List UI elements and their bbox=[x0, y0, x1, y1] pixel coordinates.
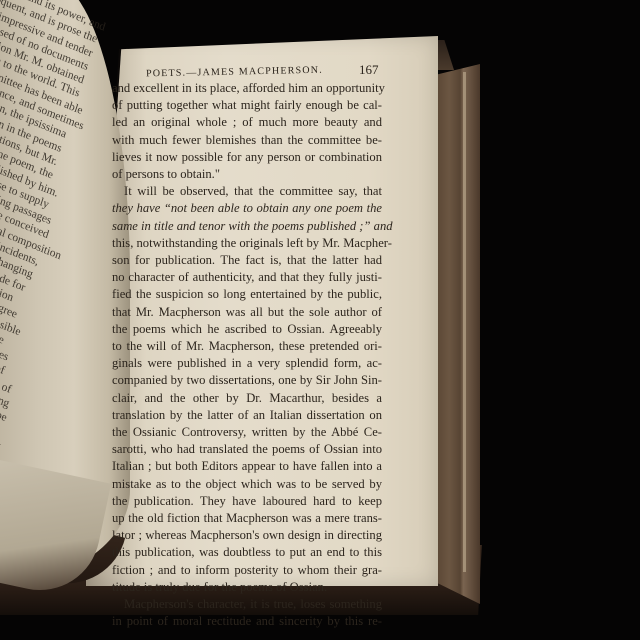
text-line: clair, and the other by Dr. Macarthur, b… bbox=[112, 390, 382, 407]
text-line: led an original whole ; of much more bea… bbox=[112, 114, 382, 131]
text-line: fied the suspicion so long entertained b… bbox=[112, 286, 382, 303]
book-photo: clement, and its power, and eloquent, an… bbox=[0, 0, 640, 640]
text-line: to the will of Mr. Macpherson, these pre… bbox=[112, 338, 382, 355]
page-edges bbox=[436, 64, 480, 604]
text-line: no character of authenticity, and that t… bbox=[112, 269, 382, 286]
text-line: this, notwithstanding the originals left… bbox=[112, 235, 382, 252]
text-line-italic: they have “not been able to obtain any o… bbox=[112, 200, 382, 217]
text-line: the Ossianic Controversy, written by the… bbox=[112, 424, 382, 441]
text-line: companied by two dissertations, one by S… bbox=[112, 372, 382, 389]
text-line: the poems which he ascribed to Ossian. A… bbox=[112, 321, 382, 338]
text-line: fiction ; and to inform posterity to who… bbox=[112, 562, 382, 579]
text-line: with much fewer blemishes than the commi… bbox=[112, 132, 382, 149]
text-line: this publication, was doubtless to put a… bbox=[112, 544, 382, 561]
text-line: Italian ; but both Editors appear to hav… bbox=[112, 458, 382, 475]
text-line: that Mr. Macpherson was all but the sole… bbox=[112, 304, 382, 321]
text-line: the publication. They have laboured hard… bbox=[112, 493, 382, 510]
text-line: titude is truly due for the poems of Oss… bbox=[112, 579, 382, 596]
text-line: translation by the latter of an Italian … bbox=[112, 407, 382, 424]
text-line: lieves it now possible for any person or… bbox=[112, 149, 382, 166]
text-line: lator ; whereas Macpherson's own design … bbox=[112, 527, 382, 544]
page-number: 167 bbox=[359, 62, 379, 78]
text-line: of putting together what might fairly en… bbox=[112, 97, 382, 114]
page-edges-highlight bbox=[463, 72, 466, 572]
text-line: and excellent in its place, afforded him… bbox=[112, 80, 382, 97]
text-line-italic: same in title and tenor with the poems p… bbox=[112, 218, 382, 235]
text-line: ginals were published in a very splendid… bbox=[112, 355, 382, 372]
text-line: in point of moral rectitude and sincerit… bbox=[112, 613, 382, 630]
left-page-text: clement, and its power, and eloquent, an… bbox=[0, 0, 103, 441]
text-line: sarotti, who had translated the poems of… bbox=[112, 441, 382, 458]
text-line: It will be observed, that the committee … bbox=[112, 183, 382, 200]
text-line: of persons to obtain." bbox=[112, 166, 382, 183]
text-line: Macpherson's character, it is true, lose… bbox=[112, 596, 382, 613]
text-line: up the old fiction that Macpherson was a… bbox=[112, 510, 382, 527]
text-line: mistake as to the object which was to be… bbox=[112, 476, 382, 493]
text-line: son for publication. The fact is, that t… bbox=[112, 252, 382, 269]
right-page-body: and excellent in its place, afforded him… bbox=[112, 80, 382, 631]
